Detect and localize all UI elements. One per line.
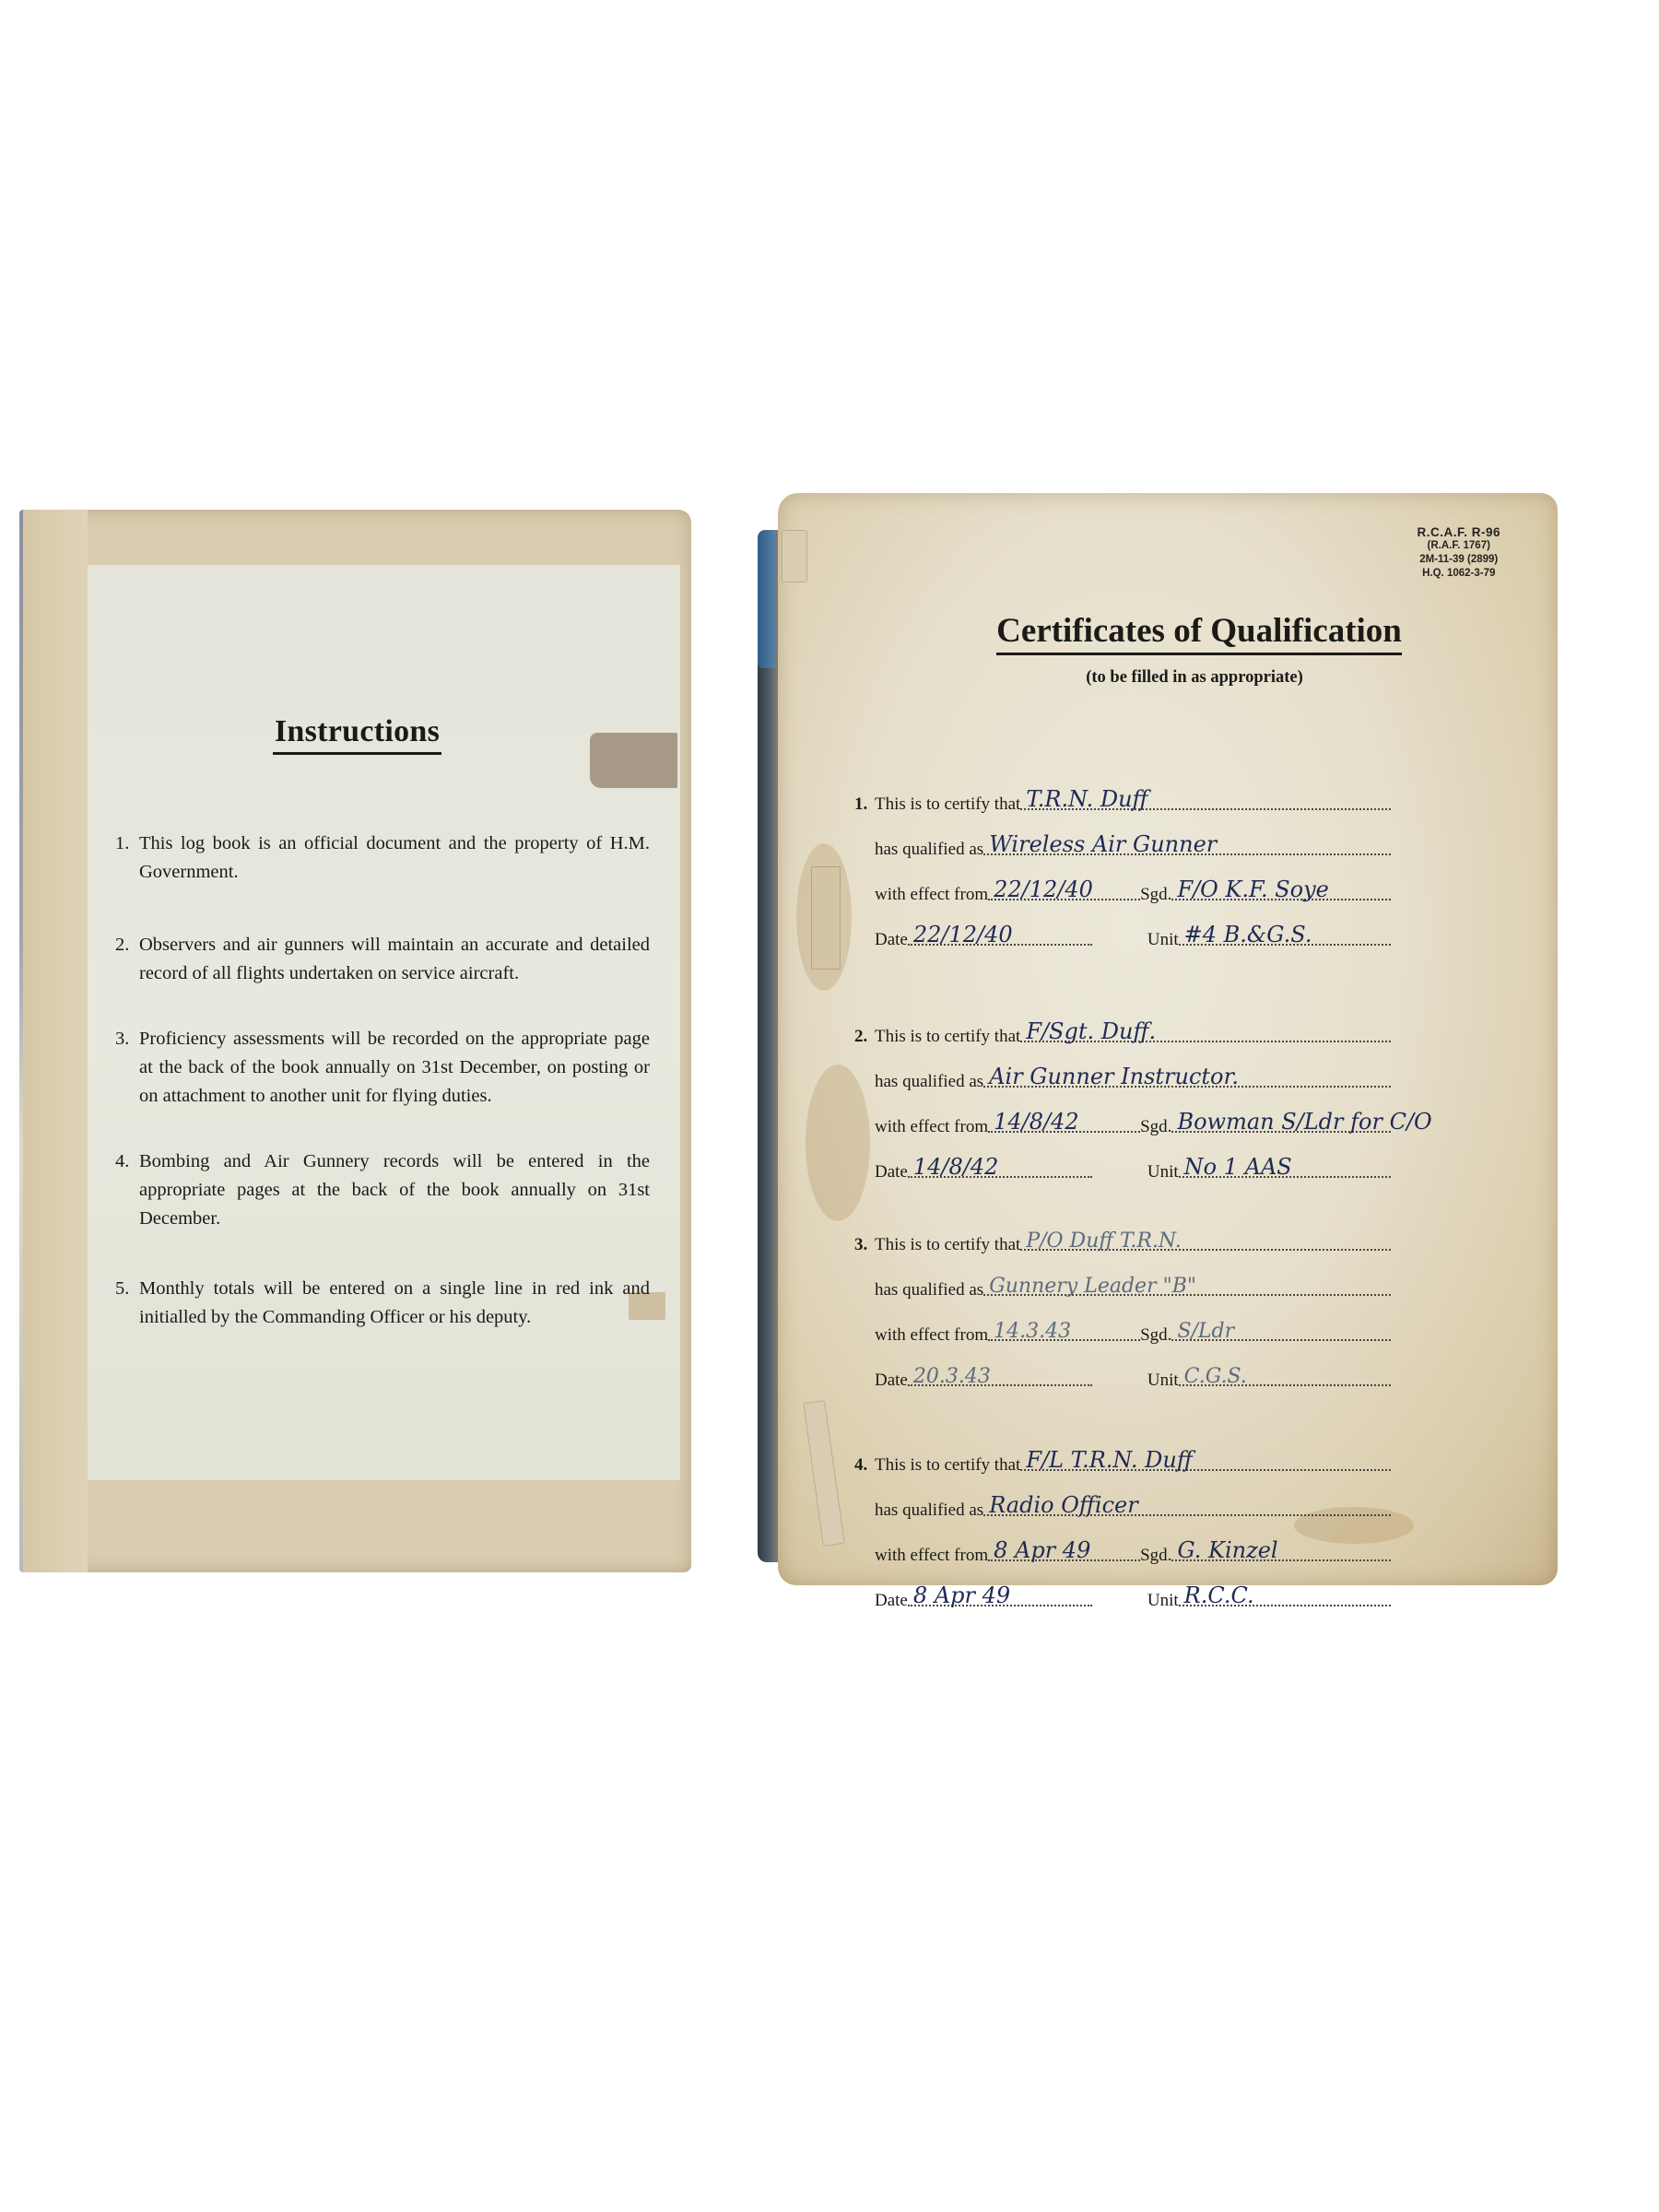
signed-label: Sgd. — [1140, 1546, 1171, 1566]
item-number: 4. — [115, 1147, 129, 1176]
signed-label: Sgd. — [1140, 885, 1171, 905]
instruction-item: 4.Bombing and Air Gunnery records will b… — [115, 1147, 650, 1233]
certificate-entry: 4. This is to certify that F/L T.R.N. Du… — [875, 1430, 1391, 1611]
item-number: 2. — [115, 931, 129, 959]
handwritten-date: 14/8/42 — [913, 1154, 999, 1180]
handwritten-unit: No 1 AAS — [1184, 1154, 1292, 1180]
certificates-page: R.C.A.F. R-96 (R.A.F. 1767) 2M-11-39 (28… — [758, 493, 1558, 1585]
signature-field: S/Ldr — [1171, 1338, 1391, 1341]
handwritten-signature: G. Kinzel — [1177, 1537, 1277, 1563]
handwritten-signature: S/Ldr — [1177, 1320, 1234, 1343]
qualified-label: has qualified as — [875, 1280, 983, 1300]
effect-label: with effect from — [875, 1325, 988, 1346]
handwritten-qualification: Gunnery Leader "B" — [989, 1275, 1196, 1298]
instruction-item: 3.Proficiency assessments will be record… — [115, 1025, 650, 1111]
item-text: Bombing and Air Gunnery records will be … — [139, 1151, 650, 1229]
handwritten-name: P/O Duff T.R.N. — [1026, 1230, 1181, 1253]
name-field: P/O Duff T.R.N. — [1020, 1248, 1391, 1251]
instruction-item: 1.This log book is an official document … — [115, 829, 650, 887]
signed-label: Sgd. — [1140, 1117, 1171, 1137]
certificate-entry: 2. This is to certify that F/Sgt. Duff. … — [875, 1002, 1391, 1182]
unit-label: Unit — [1147, 930, 1179, 950]
handwritten-date: 22/12/40 — [913, 922, 1013, 947]
handwritten-effective-date: 22/12/40 — [994, 877, 1093, 902]
handwritten-qualification: Wireless Air Gunner — [989, 831, 1217, 857]
instructions-heading: Instructions — [23, 714, 691, 749]
certify-label: This is to certify that — [875, 1455, 1020, 1476]
effect-label: with effect from — [875, 1117, 988, 1137]
qualified-label: has qualified as — [875, 1072, 983, 1092]
item-text: Monthly totals will be entered on a sing… — [139, 1278, 650, 1327]
certificates-heading-text: Certificates of Qualification — [996, 611, 1402, 655]
qualification-field: Air Gunner Instructor. — [983, 1085, 1391, 1088]
handwritten-qualification: Air Gunner Instructor. — [989, 1064, 1239, 1089]
form-code-line: R.C.A.F. R-96 — [1417, 525, 1500, 539]
effective-date-field: 14/8/42 — [988, 1130, 1140, 1133]
item-number: 1. — [115, 829, 129, 858]
certify-label: This is to certify that — [875, 794, 1020, 815]
qualification-field: Wireless Air Gunner — [983, 853, 1391, 855]
certificate-number: 2. — [854, 1027, 867, 1047]
effect-label: with effect from — [875, 885, 988, 905]
paper-tab — [811, 866, 841, 970]
date-field: 22/12/40 — [908, 943, 1092, 946]
item-number: 5. — [115, 1275, 129, 1303]
date-field: 8 Apr 49 — [908, 1604, 1092, 1606]
handwritten-name: F/Sgt. Duff. — [1026, 1018, 1156, 1044]
handwritten-effective-date: 14.3.43 — [994, 1320, 1071, 1343]
qualification-field: Gunnery Leader "B" — [983, 1293, 1391, 1296]
stain — [806, 1065, 870, 1221]
form-code: R.C.A.F. R-96 (R.A.F. 1767) 2M-11-39 (28… — [1417, 525, 1500, 581]
instructions-list: 1.This log book is an official document … — [115, 829, 650, 1332]
binding-ribbon — [782, 530, 807, 582]
unit-field: No 1 AAS — [1179, 1175, 1391, 1178]
handwritten-effective-date: 14/8/42 — [994, 1109, 1079, 1135]
effective-date-field: 8 Apr 49 — [988, 1559, 1140, 1561]
certificate-number: 3. — [854, 1235, 867, 1255]
date-label: Date — [875, 1591, 908, 1611]
unit-label: Unit — [1147, 1162, 1179, 1182]
signature-field: Bowman S/Ldr for C/O — [1171, 1130, 1391, 1133]
handwritten-unit: R.C.C. — [1184, 1583, 1254, 1608]
form-code-line: H.Q. 1062-3-79 — [1417, 567, 1500, 581]
date-field: 14/8/42 — [908, 1175, 1092, 1178]
handwritten-name: F/L T.R.N. Duff — [1026, 1447, 1193, 1473]
item-text: This log book is an official document an… — [139, 833, 650, 882]
handwritten-date: 8 Apr 49 — [913, 1583, 1010, 1608]
item-text: Proficiency assessments will be recorded… — [139, 1029, 650, 1106]
certificate-entry: 1. This is to certify that T.R.N. Duff h… — [875, 770, 1391, 950]
name-field: F/Sgt. Duff. — [1020, 1040, 1391, 1042]
date-label: Date — [875, 930, 908, 950]
certificate-number: 4. — [854, 1455, 867, 1476]
unit-field: R.C.C. — [1179, 1604, 1391, 1606]
signature-field: G. Kinzel — [1171, 1559, 1391, 1561]
handwritten-signature: Bowman S/Ldr for C/O — [1177, 1109, 1431, 1135]
handwritten-signature: F/O K.F. Soye — [1177, 877, 1328, 902]
instruction-item: 5.Monthly totals will be entered on a si… — [115, 1275, 650, 1332]
effective-date-field: 22/12/40 — [988, 898, 1140, 900]
qualified-label: has qualified as — [875, 1500, 983, 1521]
certify-label: This is to certify that — [875, 1235, 1020, 1255]
date-label: Date — [875, 1162, 908, 1182]
form-code-line: (R.A.F. 1767) — [1417, 539, 1500, 553]
page-margin — [23, 510, 88, 1572]
instructions-heading-text: Instructions — [273, 714, 441, 755]
name-field: T.R.N. Duff — [1020, 807, 1391, 810]
certificates-heading: Certificates of Qualification — [758, 611, 1558, 655]
signature-field: F/O K.F. Soye — [1171, 898, 1391, 900]
item-text: Observers and air gunners will maintain … — [139, 935, 650, 983]
certify-label: This is to certify that — [875, 1027, 1020, 1047]
qualified-label: has qualified as — [875, 840, 983, 860]
date-label: Date — [875, 1371, 908, 1391]
handwritten-unit: C.G.S. — [1184, 1365, 1247, 1388]
effect-label: with effect from — [875, 1546, 988, 1566]
handwritten-name: T.R.N. Duff — [1026, 786, 1147, 812]
item-number: 3. — [115, 1025, 129, 1053]
certificate-entry: 3. This is to certify that P/O Duff T.R.… — [875, 1210, 1391, 1391]
handwritten-effective-date: 8 Apr 49 — [994, 1537, 1090, 1563]
unit-field: C.G.S. — [1179, 1383, 1391, 1386]
date-field: 20.3.43 — [908, 1383, 1092, 1386]
form-code-line: 2M-11-39 (2899) — [1417, 553, 1500, 567]
signed-label: Sgd. — [1140, 1325, 1171, 1346]
certificate-number: 1. — [854, 794, 867, 815]
instruction-item: 2.Observers and air gunners will maintai… — [115, 931, 650, 988]
name-field: F/L T.R.N. Duff — [1020, 1468, 1391, 1471]
effective-date-field: 14.3.43 — [988, 1338, 1140, 1341]
qualification-field: Radio Officer — [983, 1513, 1391, 1516]
unit-label: Unit — [1147, 1371, 1179, 1391]
unit-label: Unit — [1147, 1591, 1179, 1611]
unit-field: #4 B.&G.S. — [1179, 943, 1391, 946]
certificates-subheading: (to be filled in as appropriate) — [758, 668, 1558, 688]
handwritten-date: 20.3.43 — [913, 1365, 991, 1388]
handwritten-qualification: Radio Officer — [989, 1492, 1138, 1518]
handwritten-unit: #4 B.&G.S. — [1184, 922, 1312, 947]
